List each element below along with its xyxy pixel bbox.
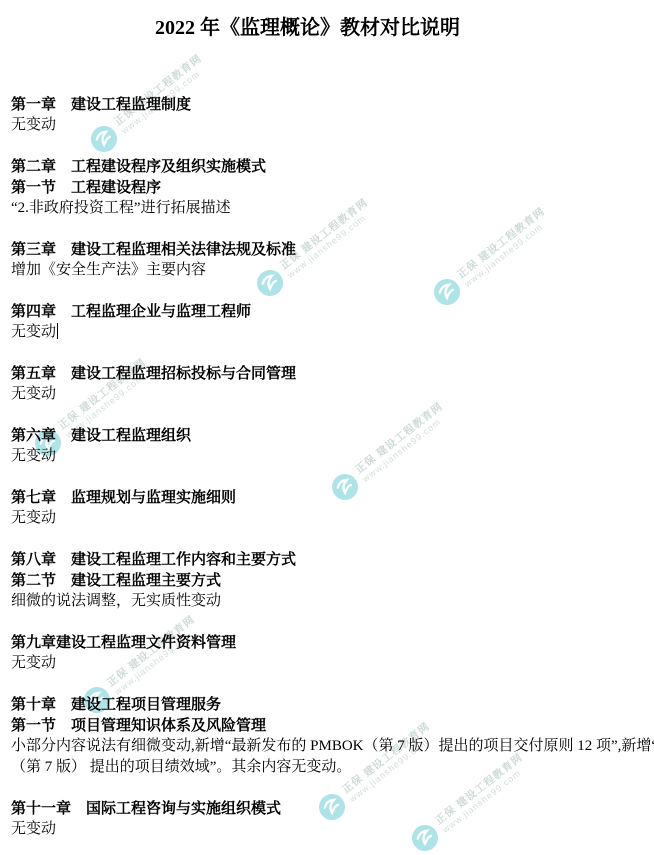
section-heading[interactable]: 第一章 建设工程监理制度 (11, 94, 654, 115)
change-note-line[interactable]: 增加《安全生产法》主要内容 (11, 260, 654, 281)
section-heading[interactable]: 第四章 工程监理企业与监理工程师 (11, 301, 654, 322)
section-block: 第四章 工程监理企业与监理工程师无变动 (11, 301, 654, 343)
section-block: 第二章 工程建设程序及组织实施模式第一节 工程建设程序“2.非政府投资工程”进行… (11, 156, 654, 219)
section-heading[interactable]: 第五章 建设工程监理招标投标与合同管理 (11, 363, 654, 384)
section-heading[interactable]: 第三章 建设工程监理相关法律法规及标准 (11, 239, 654, 260)
section-block: 第三章 建设工程监理相关法律法规及标准增加《安全生产法》主要内容 (11, 239, 654, 281)
document-page: 正保 建设工程教育网 www.jianshe99.com 正保 建设工程教育网 … (0, 0, 654, 855)
document-body[interactable]: 第一章 建设工程监理制度无变动第二章 工程建设程序及组织实施模式第一节 工程建设… (11, 94, 654, 840)
change-note-line[interactable]: 无变动 (11, 384, 654, 405)
text-cursor (57, 323, 58, 339)
section-block: 第七章 监理规划与监理实施细则无变动 (11, 487, 654, 529)
change-note-line[interactable]: 细微的说法调整，无实质性变动 (11, 591, 654, 612)
section-heading[interactable]: 第一节 项目管理知识体系及风险管理 (11, 715, 654, 736)
section-heading[interactable]: 第十章 建设工程项目管理服务 (11, 694, 654, 715)
section-heading[interactable]: 第十一章 国际工程咨询与实施组织模式 (11, 798, 654, 819)
section-block: 第十一章 国际工程咨询与实施组织模式无变动 (11, 798, 654, 840)
section-heading[interactable]: 第九章建设工程监理文件资料管理 (11, 632, 654, 653)
section-heading[interactable]: 第七章 监理规划与监理实施细则 (11, 487, 654, 508)
change-note-line[interactable]: 无变动 (11, 653, 654, 674)
section-heading[interactable]: 第六章 建设工程监理组织 (11, 425, 654, 446)
section-block: 第一章 建设工程监理制度无变动 (11, 94, 654, 136)
change-note-line[interactable]: 小部分内容说法有细微变动,新增“最新发布的 PMBOK（第 7 版）提出的项目交… (11, 736, 654, 757)
section-heading[interactable]: 第一节 工程建设程序 (11, 177, 654, 198)
section-heading[interactable]: 第二节 建设工程监理主要方式 (11, 570, 654, 591)
change-note-line[interactable]: 无变动 (11, 322, 654, 343)
section-block: 第十章 建设工程项目管理服务第一节 项目管理知识体系及风险管理小部分内容说法有细… (11, 694, 654, 778)
section-block: 第六章 建设工程监理组织无变动 (11, 425, 654, 467)
change-note-line[interactable]: 无变动 (11, 508, 654, 529)
section-heading[interactable]: 第二章 工程建设程序及组织实施模式 (11, 156, 654, 177)
document-title[interactable]: 2022 年《监理概论》教材对比说明 (11, 14, 604, 42)
change-note-line[interactable]: 无变动 (11, 446, 654, 467)
change-note-line[interactable]: （第 7 版） 提出的项目绩效域”。其余内容无变动。 (11, 757, 654, 778)
section-heading[interactable]: 第八章 建设工程监理工作内容和主要方式 (11, 549, 654, 570)
section-block: 第九章建设工程监理文件资料管理无变动 (11, 632, 654, 674)
document-content: 2022 年《监理概论》教材对比说明 第一章 建设工程监理制度无变动第二章 工程… (0, 0, 654, 840)
change-note-line[interactable]: 无变动 (11, 115, 654, 136)
section-block: 第八章 建设工程监理工作内容和主要方式第二节 建设工程监理主要方式细微的说法调整… (11, 549, 654, 612)
section-block: 第五章 建设工程监理招标投标与合同管理无变动 (11, 363, 654, 405)
change-note-line[interactable]: 无变动 (11, 819, 654, 840)
change-note-line[interactable]: “2.非政府投资工程”进行拓展描述 (11, 198, 654, 219)
